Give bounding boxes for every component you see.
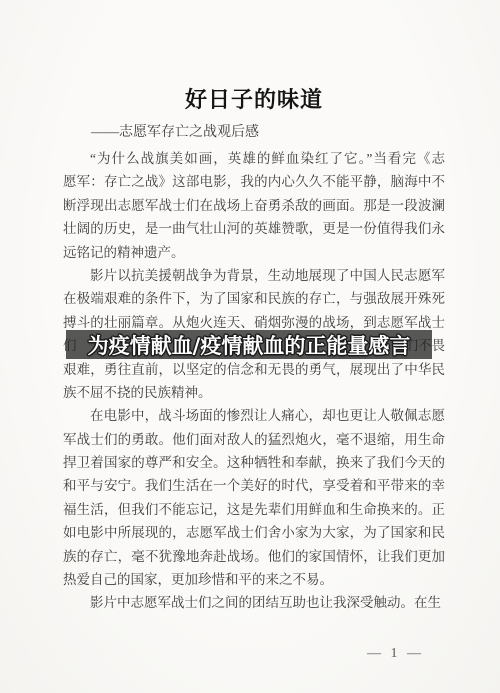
text-line: 影片以抗美援朝战争为背景，生动地展现了中国人民志愿军 [63,264,445,287]
text-line: 在极端艰难的条件下，为了国家和民族的存亡，与强敌展开殊死 [63,287,445,310]
text-line: “为什么战旗美如画，英雄的鲜血染红了它。”当看完《志 [63,147,445,170]
scanned-document-page: 好日子的味道 ——志愿军存亡之战观后感 “为什么战旗美如画，英雄的鲜血染红了它。… [0,0,500,693]
text-line: 捍卫着国家的尊严和安全。这种牺牲和奉献，换来了我们今天的 [63,451,445,474]
document-body: “为什么战旗美如画，英雄的鲜血染红了它。”当看完《志愿军：存亡之战》这部电影，我… [63,147,445,615]
text-line: 影片中志愿军战士们之间的团结互助也让我深受触动。在生 [63,591,445,614]
document-content: 好日子的味道 ——志愿军存亡之战观后感 “为什么战旗美如画，英雄的鲜血染红了它。… [63,0,445,615]
page-title: 好日子的味道 [63,87,445,113]
subtitle: ——志愿军存亡之战观后感 [63,121,445,144]
text-line: 福生活，但我们不能忘记，这是先辈们用鲜血和生命换来的。正 [63,498,445,521]
text-line: 族不屈不挠的民族精神。 [63,381,445,404]
text-line: 断浮现出志愿军战士们在战场上奋勇杀敌的画面。那是一段波澜 [63,194,445,217]
overlay-banner: 为疫情献血/疫情献血的正能量感言 [66,330,432,359]
text-line: 如电影中所展现的，志愿军战士们舍小家为大家，为了国家和民 [63,521,445,544]
text-line: 在电影中，战斗场面的惨烈让人痛心，却也更让人敬佩志愿 [63,404,445,427]
text-line: 热爱自己的国家，更加珍惜和平的来之不易。 [63,568,445,591]
text-line: 军战士们的勇敢。他们面对敌人的猛烈炮火，毫不退缩，用生命 [63,428,445,451]
text-line: 远铭记的精神遗产。 [63,241,445,264]
text-line: 艰难，勇往直前，以坚定的信念和无畏的勇气，展现出了中华民 [63,358,445,381]
text-line: 族的存亡，毫不犹豫地奔赴战场。他们的家国情怀，让我们更加 [63,545,445,568]
text-line: 壮阔的历史，是一曲气壮山河的英雄赞歌，更是一份值得我们永 [63,217,445,240]
text-line: 和平与安宁。我们生活在一个美好的时代，享受着和平带来的幸 [63,474,445,497]
text-line: 愿军：存亡之战》这部电影，我的内心久久不能平静，脑海中不 [63,170,445,193]
page-number: — 1 — [367,646,424,662]
overlay-banner-text: 为疫情献血/疫情献血的正能量感言 [88,330,411,360]
